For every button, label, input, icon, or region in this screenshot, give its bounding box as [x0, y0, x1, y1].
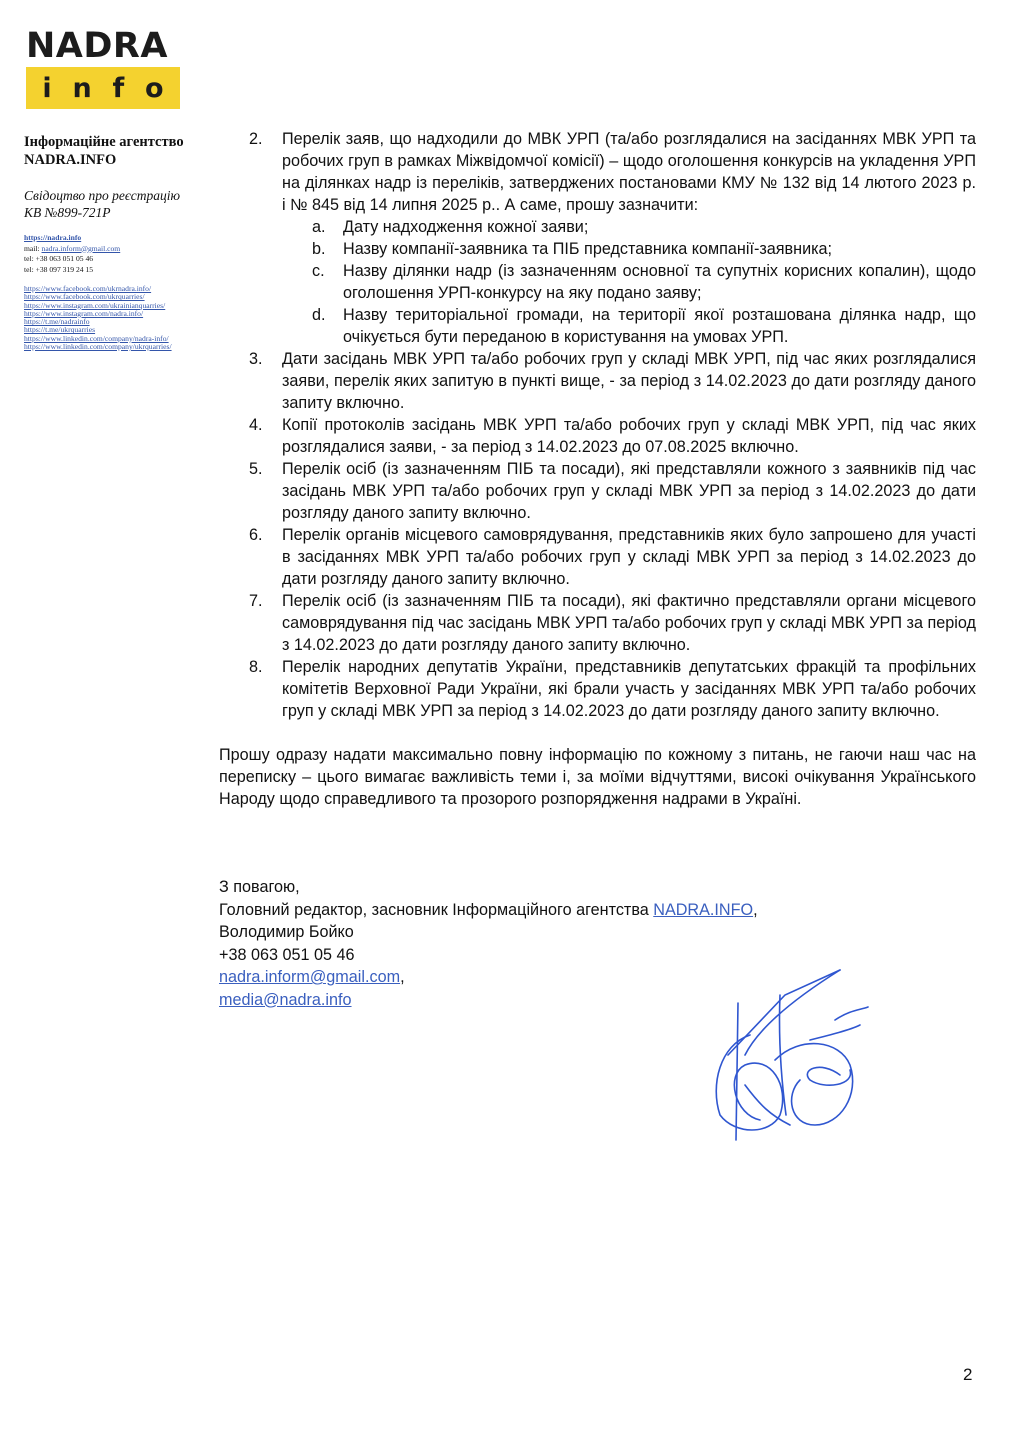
list-marker: 7.: [249, 590, 263, 612]
sub-request-text: Дату надходження кожної заяви;: [343, 218, 588, 236]
phone-2: tel: +38 097 319 24 15: [24, 265, 224, 276]
sub-request-text: Назву компанії-заявника та ПІБ представн…: [343, 240, 832, 258]
list-marker: b.: [312, 238, 326, 260]
page-number: 2: [963, 1365, 972, 1385]
sub-request-item: b.Назву компанії-заявника та ПІБ предста…: [282, 238, 976, 260]
request-text: Копії протоколів засідань МВК УРП та/або…: [282, 416, 976, 456]
list-marker: 6.: [249, 524, 263, 546]
email-link-media[interactable]: media@nadra.info: [219, 991, 352, 1009]
signer-position: Головний редактор, засновник Інформаційн…: [219, 899, 976, 922]
request-item: 2. Перелік заяв, що надходили до МВК УРП…: [219, 128, 976, 216]
mail-label: mail:: [24, 244, 42, 253]
position-text: Головний редактор, засновник Інформаційн…: [219, 901, 653, 919]
closing-paragraph: Прошу одразу надати максимально повну ін…: [219, 744, 976, 810]
sub-request-text: Назву ділянки надр (із зазначенням основ…: [343, 262, 976, 302]
request-item: 5.Перелік осіб (із зазначенням ПІБ та по…: [219, 458, 976, 524]
signer-name: Володимир Бойко: [219, 921, 976, 944]
request-list: 2. Перелік заяв, що надходили до МВК УРП…: [219, 128, 976, 722]
agency-name: Інформаційне агентство NADRA.INFO: [24, 133, 224, 169]
list-marker: 8.: [249, 656, 263, 678]
punctuation: ,: [753, 901, 758, 919]
request-item: 6.Перелік органів місцевого самоврядуван…: [219, 524, 976, 590]
request-text: Перелік народних депутатів України, пред…: [282, 658, 976, 720]
logo-letter: o: [145, 73, 164, 104]
punctuation: ,: [400, 968, 405, 986]
agency-name-line: Інформаційне агентство: [24, 133, 224, 151]
request-text: Перелік заяв, що надходили до МВК УРП (т…: [282, 130, 976, 214]
sub-request-list: a.Дату надходження кожної заяви; b.Назву…: [219, 216, 976, 348]
logo-wordmark: NADRA: [26, 28, 182, 64]
agency-link[interactable]: NADRA.INFO: [653, 901, 753, 919]
list-marker: 2.: [249, 128, 263, 150]
request-text: Перелік осіб (із зазначенням ПІБ та поса…: [282, 592, 976, 654]
list-marker: c.: [312, 260, 325, 282]
contacts-block: https://nadra.info mail: nadra.inform@gm…: [24, 233, 224, 275]
letterhead-sidebar: Інформаційне агентство NADRA.INFO Свідоц…: [24, 133, 224, 351]
sub-request-text: Назву територіальної громади, на територ…: [343, 306, 976, 346]
sub-request-container: a.Дату надходження кожної заяви; b.Назву…: [219, 216, 976, 348]
list-marker: d.: [312, 304, 326, 326]
signer-phone: +38 063 051 05 46: [219, 944, 976, 967]
list-marker: a.: [312, 216, 326, 238]
phone-1: tel: +38 063 051 05 46: [24, 254, 224, 265]
social-link-linkedin-ukrquarries[interactable]: https://www.linkedin.com/company/ukrquar…: [24, 343, 224, 351]
sub-request-item: d.Назву територіальної громади, на терит…: [282, 304, 976, 348]
logo-letter: i: [42, 73, 51, 104]
social-links: https://www.facebook.com/ukrnadra.info/ …: [24, 285, 224, 351]
mail-link[interactable]: nadra.inform@gmail.com: [42, 244, 121, 253]
email-link-gmail[interactable]: nadra.inform@gmail.com: [219, 968, 400, 986]
website-link[interactable]: https://nadra.info: [24, 233, 81, 242]
request-text: Перелік органів місцевого самоврядування…: [282, 526, 976, 588]
request-text: Дати засідань МВК УРП та/або робочих гру…: [282, 350, 976, 412]
list-marker: 4.: [249, 414, 263, 436]
greeting: З повагою,: [219, 876, 976, 899]
mail-line: mail: nadra.inform@gmail.com: [24, 244, 224, 255]
logo-letter: n: [72, 73, 91, 104]
sub-request-item: c.Назву ділянки надр (із зазначенням осн…: [282, 260, 976, 304]
request-item: 3.Дати засідань МВК УРП та/або робочих г…: [219, 348, 976, 414]
registration-line: Свідоцтво про реєстрацію: [24, 187, 224, 204]
request-item: 7.Перелік осіб (із зазначенням ПІБ та по…: [219, 590, 976, 656]
logo-info-band: i n f o: [26, 67, 180, 109]
list-marker: 5.: [249, 458, 263, 480]
request-item: 8.Перелік народних депутатів України, пр…: [219, 656, 976, 722]
handwritten-signature-icon: [690, 965, 870, 1145]
list-marker: 3.: [249, 348, 263, 370]
sub-request-item: a.Дату надходження кожної заяви;: [282, 216, 976, 238]
logo-letter: f: [112, 73, 124, 104]
agency-name-line: NADRA.INFO: [24, 151, 224, 169]
request-text: Перелік осіб (із зазначенням ПІБ та поса…: [282, 460, 976, 522]
registration-number: КВ №899-721Р: [24, 204, 224, 221]
letter-body: 2. Перелік заяв, що надходили до МВК УРП…: [219, 128, 976, 1011]
request-item: 4.Копії протоколів засідань МВК УРП та/а…: [219, 414, 976, 458]
registration-info: Свідоцтво про реєстрацію КВ №899-721Р: [24, 187, 224, 221]
nadra-info-logo: NADRA i n f o: [26, 28, 182, 109]
